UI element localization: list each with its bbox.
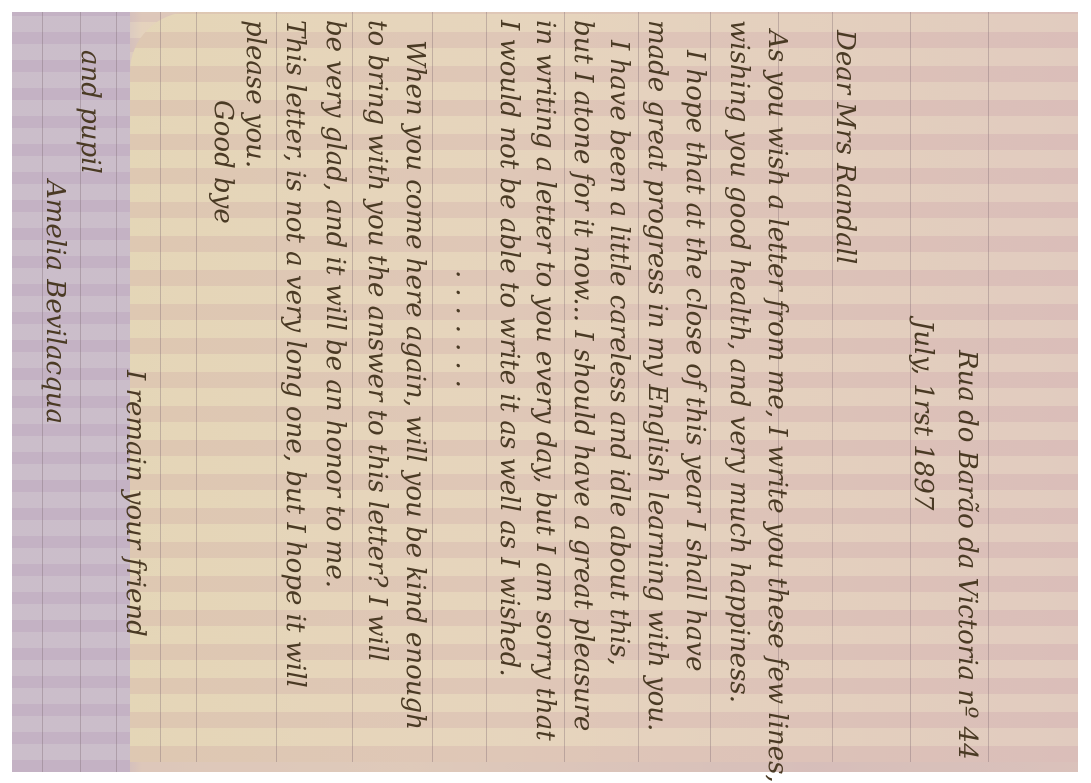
closing: I remain your friend (120, 370, 150, 637)
body-line: to bring with you the answer to this let… (362, 20, 392, 661)
salutation: Dear Mrs Randall (830, 30, 860, 264)
body-line: I have been a little careless and idle a… (604, 40, 634, 666)
body-line: but I atone for it now... I should have … (568, 20, 598, 731)
letter-text: Rua do Barão da Victoria nº 44 July, 1rs… (50, 20, 1010, 760)
signature: Amelia Bevilacqua (40, 180, 70, 424)
dotted-separator: ....... (450, 270, 480, 398)
farewell: Good bye (208, 100, 238, 224)
body-line: I hope that at the close of this year I … (680, 50, 710, 672)
body-line: made great progress in my English learni… (642, 20, 672, 731)
date-line: July, 1rst 1897 (908, 320, 938, 510)
body-line: As you wish a letter from me, I write yo… (762, 30, 792, 783)
closing-continued: and pupil (75, 50, 105, 174)
body-line: I would not be able to write it as well … (494, 20, 524, 677)
body-line: please you. (240, 20, 270, 168)
body-line: in writing a letter to you every day, bu… (530, 20, 560, 741)
body-line: be very glad, and it will be an honor to… (320, 20, 350, 588)
body-line: wishing you good health, and very much h… (724, 20, 754, 703)
body-line: When you come here again, will you be ki… (400, 40, 430, 730)
address-line: Rua do Barão da Victoria nº 44 (952, 350, 982, 760)
body-line: This letter, is not a very long one, but… (280, 20, 310, 688)
